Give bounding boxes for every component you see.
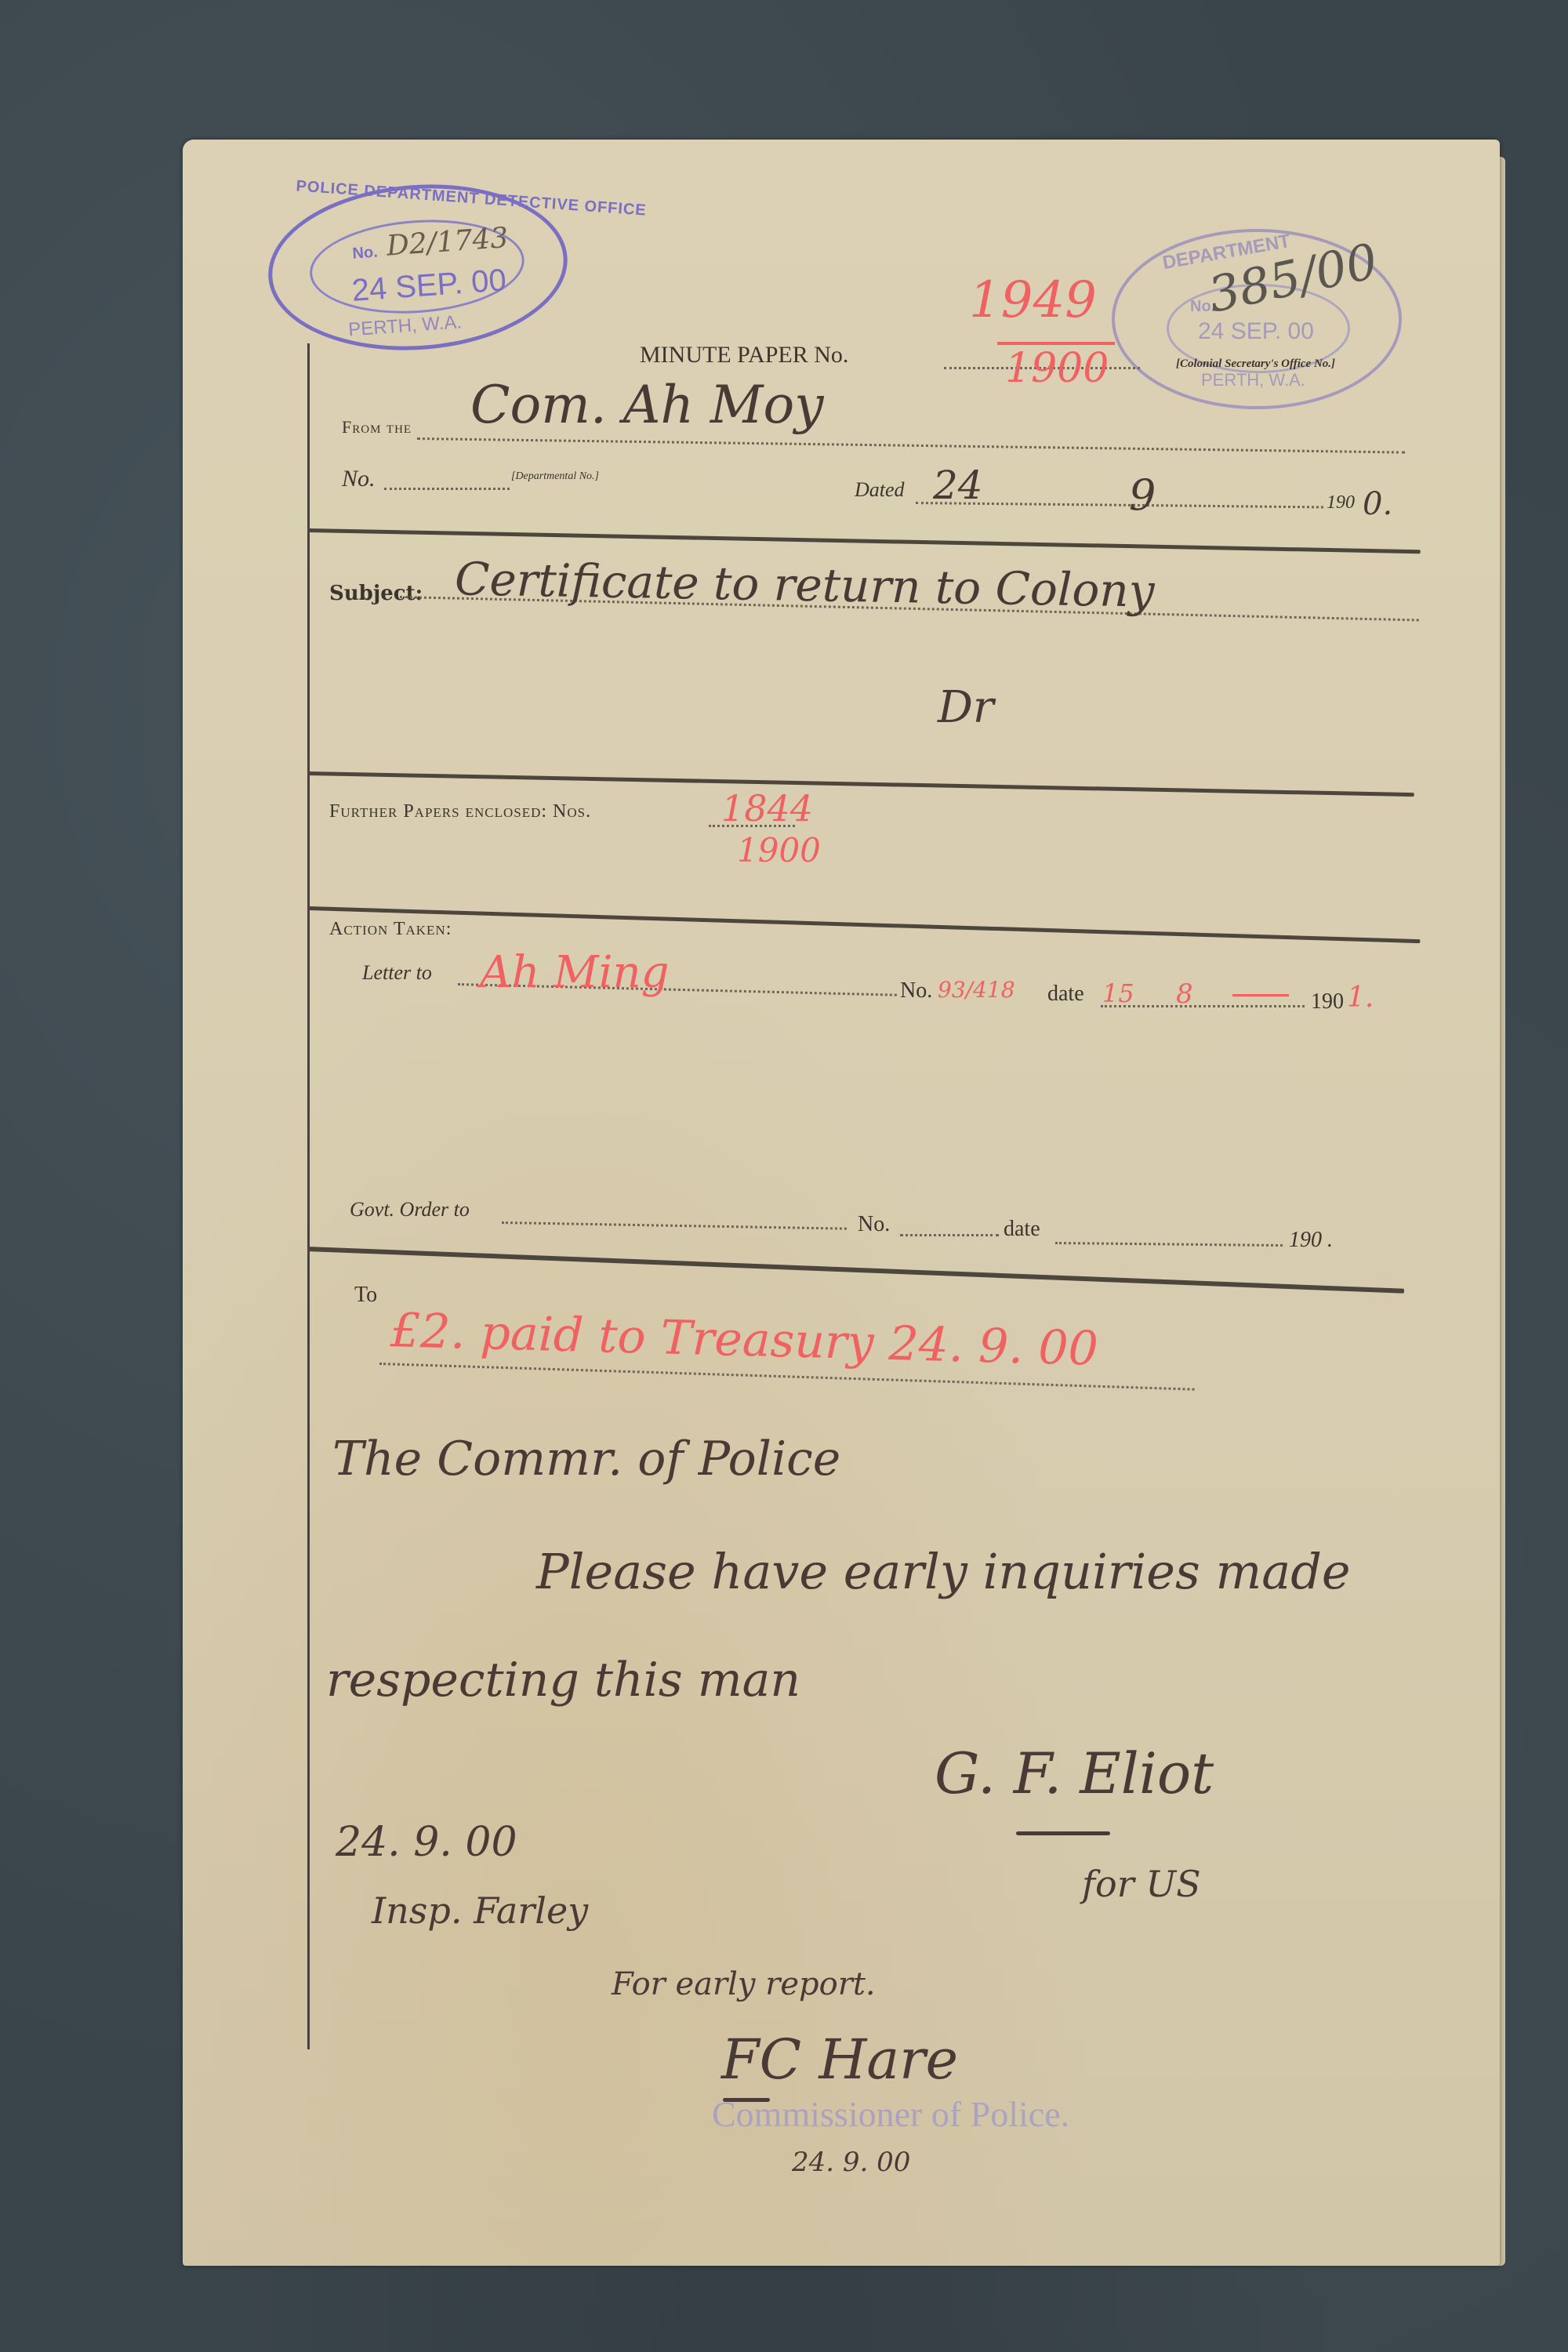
govt-order-no-dots [900, 1234, 999, 1236]
minute-paper-title: MINUTE PAPER No. [640, 342, 848, 368]
commissioner-date: 24. 9. 00 [792, 2147, 910, 2178]
stamp-no-label: No. [352, 244, 379, 263]
govt-order-no-label: No. [858, 1212, 890, 1237]
minute-date: 24. 9. 00 [336, 1819, 517, 1866]
dated-day: 24 [933, 463, 983, 508]
dated-label: Dated [855, 478, 905, 502]
letter-to-value: Ah Ming [480, 947, 669, 998]
further-papers-number-top: 1844 [721, 787, 813, 829]
further-papers-number-bottom: 1900 [737, 831, 821, 869]
minute-paper-number-bottom: 1900 [1005, 345, 1109, 392]
from-value: Com. Ah Moy [470, 375, 824, 435]
subject-label: Subject: [329, 582, 423, 605]
minute-line-1: Please have early inquiries made [536, 1543, 1351, 1600]
departmental-no-hint: [Departmental No.] [511, 470, 599, 483]
colonial-stamp-ring-bottom: PERTH, W.A. [1201, 370, 1305, 390]
commissioner-signature: FC Hare [721, 2027, 958, 2092]
govt-order-year: 190 . [1289, 1228, 1333, 1253]
commissioner-stamp: Commissioner of Police. [712, 2093, 1069, 2135]
further-papers-label: Further Papers enclosed: Nos. [329, 801, 591, 822]
minute-paper-number-top: 1949 [969, 271, 1097, 329]
action-date-day: 15 [1102, 978, 1134, 1008]
to-label: To [354, 1283, 377, 1308]
action-year-suffix: 1. [1347, 982, 1374, 1014]
govt-order-date-label: date [1004, 1217, 1040, 1242]
stamp-ring-bottom-text: PERTH, W.A. [347, 311, 463, 341]
minute-instruction: For early report. [612, 1966, 876, 2002]
govt-order-label: Govt. Order to [350, 1198, 470, 1221]
action-no-value: 93/418 [938, 977, 1015, 1003]
action-year-prefix: 190 [1311, 989, 1344, 1014]
minute-signature: G. F. Eliot [935, 1740, 1214, 1806]
action-date-dash [1232, 994, 1289, 996]
action-date-label: date [1047, 982, 1084, 1007]
departmental-no-dots [384, 488, 510, 490]
dated-year-prefix: 190 [1327, 492, 1355, 514]
minute-signature-sub: for US [1082, 1863, 1201, 1905]
minute-addressee: The Commr. of Police [332, 1432, 840, 1486]
action-taken-label: Action Taken: [329, 919, 452, 940]
departmental-no-label: No. [342, 466, 376, 492]
subject-initials: Dr [938, 682, 994, 733]
from-label: From the [342, 417, 412, 437]
letter-to-label: Letter to [362, 961, 432, 985]
colonial-office-label: [Colonial Secretary's Office No.] [1176, 358, 1335, 371]
minute-referral: Insp. Farley [372, 1889, 588, 1932]
margin-rule [307, 343, 310, 2049]
dated-year-suffix: 0. [1363, 486, 1392, 522]
minute-line-2: respecting this man [326, 1653, 800, 1708]
action-no-label: No. [900, 978, 932, 1004]
dated-month: 9 [1129, 470, 1156, 520]
action-date-month: 8 [1176, 978, 1193, 1010]
signature-underline [1016, 1831, 1110, 1835]
